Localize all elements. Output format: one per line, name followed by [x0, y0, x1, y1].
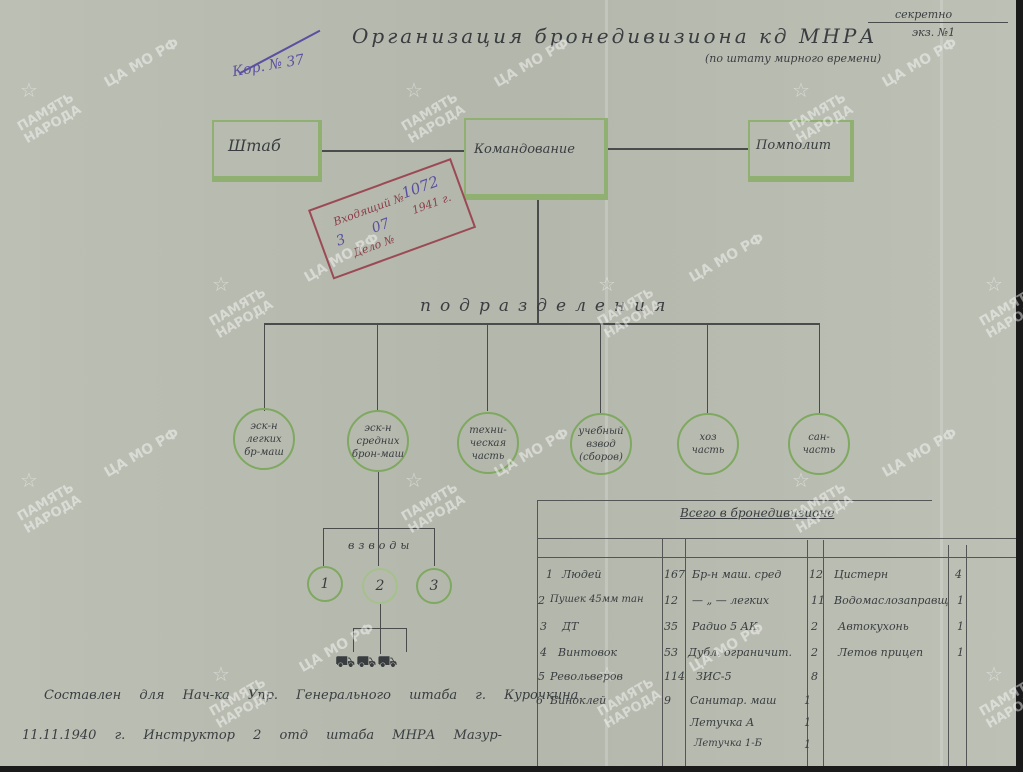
platoon-3: 3 — [416, 568, 452, 604]
armored-car-icons: ⛟⛟⛟ — [335, 652, 398, 673]
platoon-1: 1 — [307, 566, 343, 602]
platoon-2: 2 — [362, 568, 398, 604]
star-icon: ☆ — [212, 272, 230, 296]
table-row-line — [537, 538, 1016, 539]
unit-connector — [600, 323, 601, 413]
unit-connector — [377, 323, 378, 411]
watermark-archive: ЦА МО РФ — [880, 35, 960, 91]
vehicle-connector — [406, 628, 407, 652]
unit-connector — [707, 323, 708, 413]
star-icon: ☆ — [405, 468, 423, 492]
table-col-line — [823, 540, 824, 766]
unit-supply: хоз часть — [677, 413, 739, 475]
unit-medium-armored-squadron: эск-н средних брон-маш — [347, 410, 409, 472]
table-col-line — [807, 540, 808, 766]
document-page: Организация бронедивизиона кд МНРА (по ш… — [0, 0, 1016, 766]
star-icon: ☆ — [985, 662, 1003, 686]
watermark-archive: ЦА МО РФ — [102, 35, 182, 91]
stamp-label: Входящий № — [332, 191, 406, 229]
unit-medical: сан- часть — [788, 413, 850, 475]
footer-line-2: 11.11.1940 г. Инструктор 2 отд штаба МНР… — [22, 728, 502, 743]
star-icon: ☆ — [20, 468, 38, 492]
star-icon: ☆ — [985, 272, 1003, 296]
star-icon: ☆ — [20, 78, 38, 102]
watermark-archive: ЦА МО РФ — [880, 425, 960, 481]
secrecy-underline — [868, 22, 1008, 23]
star-icon: ☆ — [212, 662, 230, 686]
star-icon: ☆ — [792, 468, 810, 492]
table-border — [537, 500, 538, 766]
table-row-line — [537, 557, 1016, 558]
unit-connector — [264, 323, 265, 411]
document-subtitle: (по штату мирного времени) — [705, 52, 881, 65]
platoon-connector — [323, 528, 324, 566]
table-col-line — [966, 545, 967, 766]
star-icon: ☆ — [598, 662, 616, 686]
box-command: Командование — [464, 118, 608, 200]
unit-connector — [819, 323, 820, 413]
platoon-connector — [434, 528, 435, 566]
secrecy-label: секретно — [895, 8, 952, 21]
star-icon: ☆ — [792, 78, 810, 102]
connector-command-politruk — [608, 148, 748, 150]
platoons-label: взводы — [348, 539, 413, 552]
table-col-line — [948, 545, 949, 766]
unit-light-armored-squadron: эск-н легких бр-маш — [233, 408, 295, 470]
document-title: Организация бронедивизиона кд МНРА — [352, 24, 877, 48]
platoons-connector — [378, 472, 379, 528]
table-col-line — [662, 538, 663, 766]
star-icon: ☆ — [598, 272, 616, 296]
table-col-line — [685, 538, 686, 766]
table-border — [537, 500, 932, 501]
paper-fold — [940, 0, 943, 766]
vehicles-connector — [380, 604, 381, 654]
subdivisions-bus — [264, 323, 820, 325]
unit-connector — [487, 323, 488, 411]
unit-training-platoon: учебный взвод (сборов) — [570, 413, 632, 475]
footer-line-1: Составлен для Нач-ка Упр. Генерального ш… — [44, 688, 578, 703]
star-icon: ☆ — [405, 78, 423, 102]
box-staff: Штаб — [212, 120, 322, 182]
watermark-archive: ЦА МО РФ — [687, 230, 767, 286]
connector-staff-command — [322, 150, 464, 152]
watermark-archive: ЦА МО РФ — [102, 425, 182, 481]
